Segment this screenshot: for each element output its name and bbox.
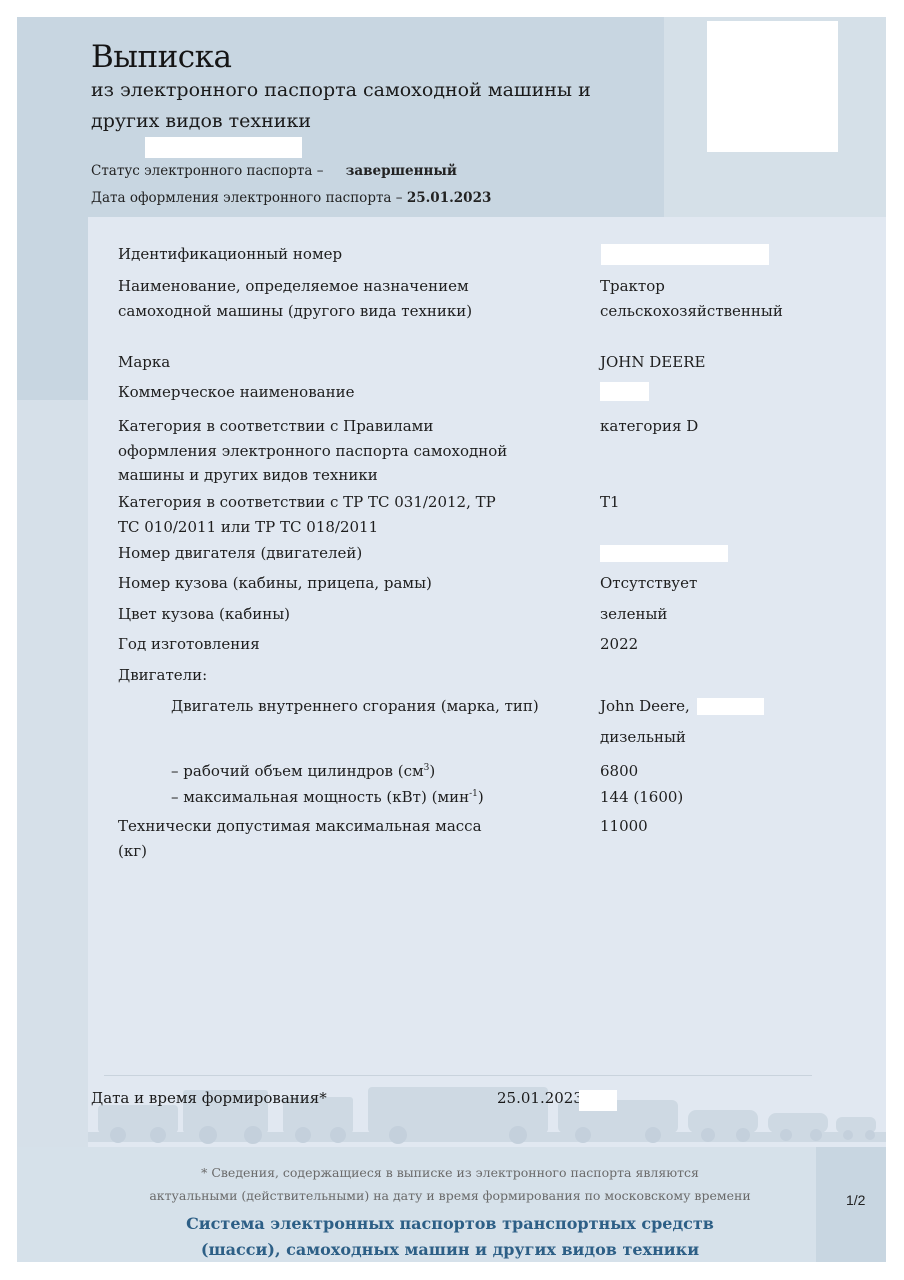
displacement-label: – рабочий объем цилиндров (см3) [171,759,571,784]
redacted-field-value [600,545,728,562]
photo-placeholder-redacted [707,21,838,152]
field-value: 2022 [600,632,840,657]
left-strip-lower [17,400,88,1147]
field-label: Идентификационный номер [118,242,518,267]
field-label: Категория в соответствии с Правилами офо… [118,414,508,488]
field-label: Год изготовления [118,632,518,657]
system-name-line1: Система электронных паспортов транспортн… [100,1211,800,1237]
footnote-line2: актуальными (действительными) на дату и … [100,1188,800,1203]
field-value: T1 [600,490,840,515]
field-value: JOHN DEERE [600,350,840,375]
ice-label: Двигатель внутреннего сгорания (марка, т… [171,694,571,719]
page-number: 1/2 [846,1192,865,1208]
field-label: Коммерческое наименование [118,380,518,405]
redacted-passport-number [145,137,302,158]
document-title: Выписка [91,36,232,78]
generation-label: Дата и время формирования* [91,1089,327,1107]
field-label: Категория в соответствии с ТР ТС 031/201… [118,490,508,539]
power-value: 144 (1600) [600,785,840,810]
field-value: Отсутствует [600,571,840,596]
document-subtitle: из электронного паспорта самоходной маши… [91,75,651,137]
footnote-line1: * Сведения, содержащиеся в выписке из эл… [100,1165,800,1180]
left-strip [17,217,88,400]
issue-date-value: 25.01.2023 [407,190,492,206]
field-label: Марка [118,350,518,375]
redacted-field-value [601,244,769,265]
field-label: Наименование, определяемое назначением с… [118,274,498,323]
field-label: Цвет кузова (кабины) [118,602,518,627]
engines-heading: Двигатели: [118,663,518,688]
status-line: Статус электронного паспорта – завершенн… [91,163,457,179]
power-label: – максимальная мощность (кВт) (мин-1) [171,785,571,810]
max-mass-value: 11000 [600,814,840,839]
displacement-value: 6800 [600,759,840,784]
redacted-field-value [600,382,649,401]
issue-date-label: Дата оформления электронного паспорта – [91,190,403,206]
field-value: категория D [600,414,840,439]
generation-date: 25.01.2023 [497,1089,583,1107]
redacted-generation-time [579,1090,617,1111]
field-label: Номер кузова (кабины, прицепа, рамы) [118,571,518,596]
redacted-engine-model [697,698,764,715]
system-name-line2: (шасси), самоходных машин и других видов… [100,1237,800,1263]
field-label: Номер двигателя (двигателей) [118,541,518,566]
issue-date-line: Дата оформления электронного паспорта – … [91,190,491,206]
status-value: завершенный [346,163,457,179]
footer-divider [104,1075,812,1076]
field-value: Трактор сельскохозяйственный [600,274,800,323]
field-value: зеленый [600,602,840,627]
max-mass-label: Технически допустимая максимальная масса… [118,814,508,863]
status-label: Статус электронного паспорта – [91,163,323,179]
ice-value-line2: дизельный [600,725,840,750]
